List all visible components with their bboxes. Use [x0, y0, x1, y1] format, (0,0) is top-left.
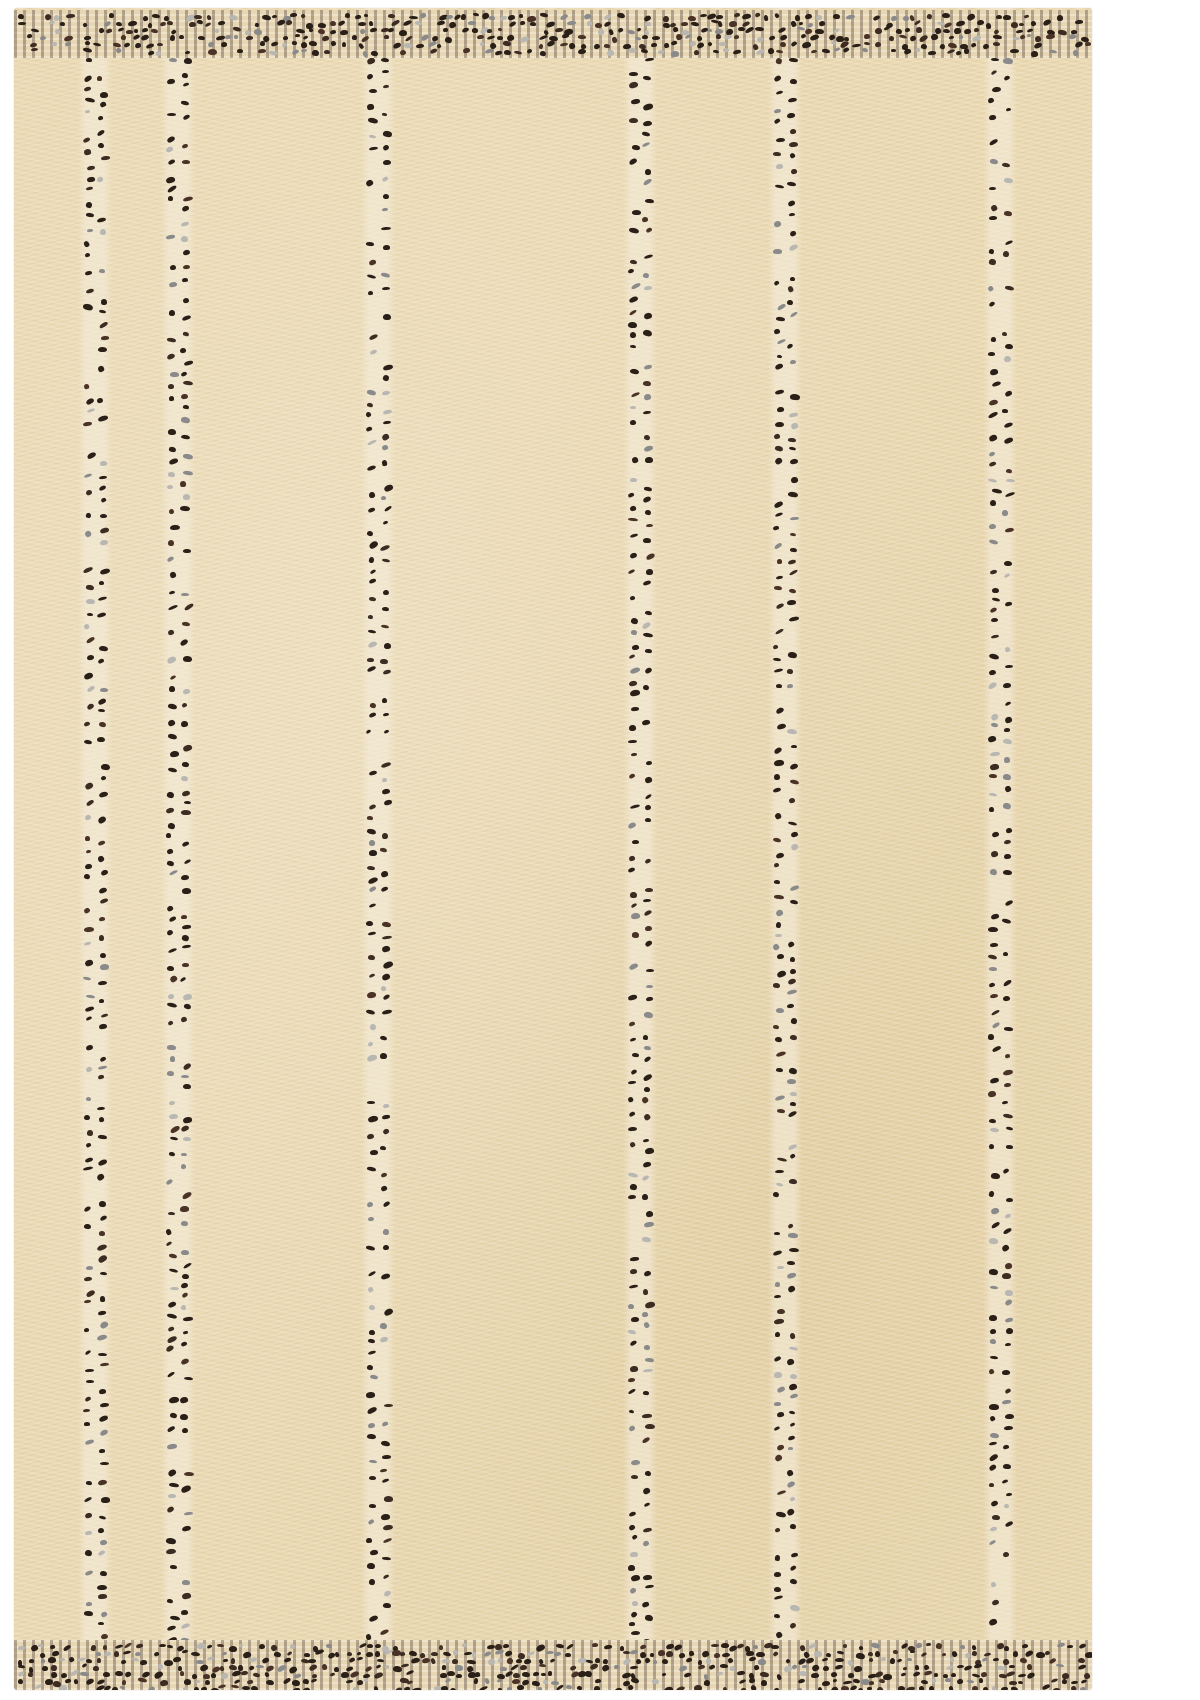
yarn-speck: [643, 1368, 653, 1372]
yarn-speck: [628, 1096, 635, 1102]
yarn-speck: [789, 1622, 797, 1630]
yarn-speck: [83, 74, 93, 83]
yarn-speck: [452, 1659, 459, 1664]
yarn-speck: [1002, 1168, 1009, 1175]
yarn-speck: [578, 48, 586, 54]
yarn-speck: [476, 35, 484, 40]
yarn-speck: [181, 915, 188, 919]
yarn-speck: [183, 331, 190, 336]
yarn-speck: [790, 899, 799, 905]
yarn-speck: [1004, 1504, 1010, 1509]
yarn-speck: [1057, 15, 1063, 21]
yarn-speck: [950, 1657, 956, 1663]
yarn-speck: [81, 1663, 87, 1668]
yarn-speck: [367, 1115, 378, 1123]
yarn-speck: [315, 1649, 325, 1656]
yarn-speck: [791, 1664, 797, 1670]
yarn-speck: [475, 1672, 481, 1677]
yarn-speck: [630, 332, 636, 338]
yarn-speck: [631, 282, 642, 291]
yarn-speck: [777, 1309, 785, 1314]
yarn-speck: [122, 1680, 127, 1685]
yarn-speck: [631, 913, 641, 920]
yarn-speck: [913, 19, 921, 26]
yarn-speck: [181, 1016, 188, 1023]
yarn-speck: [926, 1643, 931, 1647]
yarn-speck: [101, 299, 107, 305]
yarn-speck: [500, 1667, 507, 1671]
yarn-speck: [367, 1365, 374, 1371]
yarn-speck: [371, 50, 379, 56]
yarn-speck: [142, 15, 148, 21]
yarn-speck: [1002, 1479, 1008, 1484]
yarn-speck: [269, 50, 278, 56]
yarn-speck: [775, 934, 783, 937]
yarn-speck: [181, 1609, 188, 1614]
yarn-speck: [773, 328, 780, 334]
yarn-speck: [383, 590, 389, 596]
yarn-speck: [622, 1657, 632, 1666]
yarn-speck: [169, 509, 174, 515]
yarn-speck: [990, 368, 1000, 376]
yarn-speck: [368, 1270, 377, 1277]
yarn-speck: [382, 159, 390, 165]
yarn-speck: [318, 23, 327, 28]
yarn-speck: [84, 1422, 91, 1426]
yarn-speck: [169, 1564, 176, 1569]
yarn-speck: [86, 599, 95, 605]
yarn-speck: [366, 389, 376, 396]
yarn-speck: [166, 1598, 172, 1603]
yarn-speck: [513, 1672, 521, 1678]
yarn-speck: [28, 1672, 34, 1678]
yarn-speck: [1005, 1290, 1013, 1296]
yarn-speck: [629, 368, 639, 375]
yarn-speck: [776, 1673, 782, 1680]
yarn-speck: [1009, 1681, 1017, 1685]
yarn-speck: [109, 13, 115, 18]
yarn-speck: [990, 1329, 997, 1335]
yarn-speck: [384, 1665, 389, 1670]
yarn-speck: [774, 1401, 782, 1405]
yarn-speck: [703, 1679, 710, 1686]
yarn-speck: [64, 41, 71, 47]
yarn-speck: [468, 21, 476, 25]
yarn-speck: [1002, 1370, 1010, 1375]
yarn-speck: [991, 1022, 1000, 1030]
yarn-speck: [631, 456, 638, 463]
yarn-speck: [773, 1687, 779, 1690]
yarn-speck: [383, 1245, 390, 1251]
yarn-speck: [644, 1087, 650, 1092]
yarn-speck: [642, 495, 651, 503]
yarn-speck: [786, 343, 794, 350]
yarn-speck: [697, 36, 703, 42]
yarn-speck: [790, 1552, 798, 1557]
yarn-speck: [642, 35, 649, 40]
yarn-speck: [184, 1377, 193, 1381]
yarn-speck: [830, 1672, 837, 1678]
yarn-speck: [629, 1409, 635, 1413]
yarn-speck: [988, 451, 995, 457]
yarn-speck: [699, 14, 706, 18]
yarn-speck: [382, 1525, 392, 1532]
yarn-speck: [83, 941, 91, 946]
yarn-speck: [663, 15, 670, 22]
yarn-speck: [876, 1686, 884, 1690]
yarn-speck: [951, 1673, 956, 1678]
yarn-speck: [301, 48, 307, 52]
yarn-speck: [546, 40, 556, 48]
yarn-speck: [166, 929, 174, 937]
yarn-speck: [787, 600, 796, 606]
yarn-speck: [642, 131, 651, 137]
yarn-speck: [944, 21, 953, 28]
yarn-speck: [652, 36, 660, 40]
yarn-speck: [988, 478, 997, 483]
yarn-speck: [180, 235, 187, 242]
yarn-speck: [861, 47, 868, 53]
yarn-speck: [168, 733, 178, 740]
yarn-speck: [883, 27, 889, 32]
yarn-speck: [156, 50, 162, 56]
yarn-speck: [753, 1664, 759, 1670]
yarn-speck: [602, 1658, 607, 1664]
yarn-speck: [628, 1425, 635, 1432]
yarn-speck: [852, 1678, 859, 1683]
yarn-speck: [98, 916, 105, 921]
yarn-speck: [367, 274, 376, 279]
yarn-speck: [182, 1428, 188, 1434]
yarn-speck: [220, 1672, 228, 1679]
yarn-speck: [337, 20, 345, 27]
yarn-speck: [87, 176, 95, 182]
yarn-speck: [183, 380, 193, 386]
yarn-speck: [774, 389, 784, 395]
yarn-speck: [1005, 343, 1013, 349]
yarn-speck: [787, 1143, 797, 1150]
yarn-speck: [83, 240, 91, 248]
yarn-speck: [380, 1035, 387, 1041]
yarn-speck: [1004, 757, 1010, 763]
yarn-speck: [1002, 510, 1009, 517]
yarn-speck: [366, 1633, 372, 1640]
yarn-speck: [724, 34, 733, 40]
yarn-speck: [1003, 1464, 1011, 1469]
yarn-speck: [166, 1371, 174, 1378]
yarn-speck: [49, 20, 55, 24]
yarn-speck: [31, 28, 40, 33]
yarn-speck: [875, 28, 882, 34]
yarn-speck: [720, 1664, 728, 1668]
yarn-speck: [774, 1555, 780, 1561]
yarn-speck: [420, 12, 427, 19]
yarn-speck: [261, 1657, 269, 1664]
yarn-speck: [944, 1678, 950, 1682]
yarn-speck: [931, 34, 939, 41]
yarn-speck: [775, 628, 784, 635]
yarn-speck: [560, 42, 568, 47]
yarn-speck: [991, 618, 998, 623]
yarn-speck: [98, 309, 105, 314]
yarn-speck: [943, 29, 950, 34]
yarn-speck: [170, 525, 180, 531]
yarn-speck: [643, 580, 651, 586]
yarn-speck: [166, 235, 175, 240]
yarn-speck: [832, 1678, 837, 1683]
yarn-speck: [775, 603, 784, 610]
yarn-speck: [367, 1644, 373, 1648]
yarn-speck: [778, 27, 787, 34]
yarn-speck: [404, 1686, 411, 1690]
yarn-speck: [165, 1345, 175, 1354]
yarn-speck: [97, 1065, 107, 1070]
yarn-speck: [324, 50, 330, 54]
yarn-speck: [553, 1652, 561, 1657]
yarn-speck: [992, 86, 1001, 92]
yarn-speck: [197, 19, 204, 24]
yarn-speck: [595, 22, 603, 27]
yarn-speck: [503, 1643, 510, 1648]
yarn-speck: [1084, 42, 1090, 47]
yarn-speck: [234, 34, 239, 38]
yarn-speck: [1080, 1686, 1087, 1690]
yarn-speck: [642, 1436, 651, 1444]
yarn-speck: [383, 374, 390, 381]
yarn-speck: [367, 104, 374, 110]
yarn-speck: [182, 1262, 192, 1270]
yarn-speck: [184, 859, 192, 865]
yarn-speck: [777, 303, 787, 311]
yarn-speck: [630, 892, 637, 898]
yarn-speck: [84, 1570, 93, 1576]
yarn-speck: [1005, 602, 1012, 607]
yarn-speck: [167, 1326, 174, 1332]
yarn-speck: [799, 1644, 806, 1651]
yarn-speck: [628, 268, 635, 274]
yarn-speck: [166, 1624, 176, 1631]
yarn-speck: [166, 337, 176, 342]
yarn-speck: [727, 1657, 734, 1664]
yarn-speck: [366, 1009, 375, 1015]
yarn-speck: [99, 580, 105, 584]
yarn-speck: [86, 1016, 93, 1022]
yarn-speck: [147, 1685, 155, 1690]
yarn-speck: [167, 113, 176, 116]
yarn-speck: [503, 49, 511, 55]
yarn-speck: [115, 47, 122, 54]
yarn-speck: [645, 1424, 655, 1429]
yarn-speck: [789, 141, 798, 147]
yarn-speck: [632, 840, 639, 844]
yarn-speck: [217, 1643, 224, 1647]
yarn-speck: [1004, 1645, 1009, 1650]
yarn-speck: [644, 286, 652, 291]
yarn-speck: [631, 145, 639, 151]
yarn-speck: [383, 364, 393, 371]
yarn-speck: [989, 158, 997, 164]
yarn-speck: [773, 1250, 783, 1257]
yarn-speck: [989, 1339, 996, 1345]
yarn-speck: [173, 1657, 181, 1663]
yarn-speck: [377, 1659, 384, 1663]
yarn-speck: [645, 761, 652, 766]
yarn-speck: [87, 408, 95, 413]
yarn-speck: [629, 72, 639, 76]
yarn-speck: [167, 656, 177, 665]
yarn-speck: [1071, 1680, 1078, 1684]
yarn-speck: [989, 793, 997, 797]
yarn-speck: [643, 1012, 653, 1019]
yarn-speck: [821, 1680, 830, 1686]
yarn-speck: [629, 1284, 638, 1289]
yarn-speck: [183, 656, 193, 662]
yarn-speck: [368, 20, 373, 26]
yarn-speck: [1001, 1243, 1010, 1252]
yarn-speck: [773, 1025, 780, 1030]
yarn-speck: [79, 1671, 88, 1676]
yarn-speck: [86, 58, 92, 62]
yarn-speck: [642, 1194, 649, 1200]
yarn-speck: [86, 186, 93, 191]
yarn-speck: [326, 1644, 333, 1649]
yarn-speck: [1005, 899, 1014, 906]
yarn-speck: [589, 1663, 598, 1671]
yarn-speck: [1006, 1145, 1014, 1149]
yarn-speck: [83, 1611, 93, 1617]
yarn-speck: [594, 1679, 601, 1684]
yarn-speck: [182, 935, 190, 942]
yarn-speck: [381, 1514, 391, 1521]
yarn-speck: [628, 157, 637, 165]
yarn-speck: [721, 1643, 729, 1648]
yarn-speck: [645, 926, 652, 932]
yarn-speck: [874, 41, 882, 48]
yarn-speck: [991, 635, 1000, 640]
yarn-speck: [99, 1295, 105, 1301]
yarn-speck: [369, 134, 376, 138]
yarn-speck: [705, 1658, 711, 1665]
yarn-speck: [927, 14, 933, 20]
yarn-speck: [381, 58, 389, 63]
yarn-speck: [380, 1185, 387, 1191]
yarn-speck: [184, 800, 191, 804]
yarn-speck: [85, 1156, 94, 1162]
yarn-speck: [366, 1201, 374, 1208]
yarn-speck: [773, 501, 784, 510]
yarn-speck: [65, 1678, 71, 1683]
yarn-speck: [530, 22, 536, 26]
yarn-speck: [368, 771, 377, 777]
yarn-speck: [342, 42, 346, 47]
yarn-speck: [82, 303, 93, 311]
yarn-speck: [183, 264, 191, 269]
yarn-speck: [87, 1130, 94, 1136]
yarn-speck: [446, 14, 454, 20]
yarn-speck: [183, 1003, 191, 1009]
yarn-speck: [774, 1094, 784, 1101]
yarn-speck: [383, 1307, 394, 1316]
yarn-speck: [818, 21, 825, 27]
yarn-speck: [180, 977, 186, 983]
yarn-speck: [182, 470, 192, 475]
yarn-speck: [97, 1585, 107, 1591]
yarn-speck: [988, 954, 998, 960]
yarn-speck: [255, 22, 260, 27]
yarn-speck: [1084, 1652, 1092, 1658]
yarn-speck: [181, 622, 190, 627]
yarn-speck: [639, 1651, 647, 1658]
yarn-speck: [383, 960, 394, 969]
yarn-speck: [169, 1253, 178, 1259]
yarn-speck: [909, 35, 916, 42]
yarn-speck: [535, 1644, 546, 1653]
yarn-speck: [166, 176, 176, 184]
yarn-speck: [864, 42, 870, 46]
yarn-speck: [630, 1460, 640, 1466]
yarn-speck: [773, 542, 782, 549]
yarn-speck: [368, 932, 376, 937]
yarn-speck: [777, 1109, 786, 1114]
yarn-speck: [384, 35, 389, 39]
yarn-speck: [918, 1686, 924, 1690]
yarn-speck: [85, 1602, 92, 1607]
yarn-speck: [84, 781, 94, 790]
yarn-speck: [940, 43, 946, 49]
yarn-speck: [758, 1659, 766, 1665]
yarn-speck: [755, 12, 761, 17]
yarn-speck: [896, 28, 903, 34]
yarn-speck: [181, 393, 188, 399]
yarn-speck: [182, 963, 189, 967]
yarn-speck: [1006, 1126, 1014, 1131]
yarn-speck: [170, 675, 176, 681]
yarn-speck: [1003, 58, 1013, 64]
yarn-speck: [1018, 1681, 1024, 1685]
yarn-speck: [642, 1175, 650, 1182]
yarn-speck: [522, 1679, 530, 1686]
yarn-speck: [366, 729, 372, 735]
yarn-speck: [773, 1192, 780, 1198]
yarn-speck: [643, 393, 652, 400]
yarn-speck: [988, 352, 995, 356]
yarn-speck: [645, 793, 653, 800]
yarn-speck: [508, 14, 516, 21]
yarn-speck: [201, 1686, 207, 1690]
yarn-speck: [456, 1674, 462, 1678]
yarn-speck: [382, 287, 390, 291]
yarn-speck: [121, 35, 127, 40]
yarn-speck: [115, 21, 121, 27]
yarn-speck: [84, 926, 94, 932]
yarn-speck: [124, 1642, 132, 1649]
yarn-speck: [383, 643, 390, 649]
yarn-speck: [194, 15, 202, 19]
yarn-speck: [609, 28, 615, 35]
yarn-speck: [990, 763, 999, 770]
yarn-speck: [787, 989, 798, 995]
yarn-speck: [643, 1502, 650, 1508]
yarn-speck: [403, 42, 412, 48]
yarn-speck: [645, 198, 654, 203]
yarn-speck: [124, 1671, 131, 1678]
yarn-speck: [168, 1494, 176, 1498]
yarn-speck: [988, 669, 996, 676]
yarn-speck: [788, 1346, 797, 1351]
yarn-speck: [898, 1686, 905, 1690]
yarn-speck: [868, 1657, 873, 1662]
yarn-speck: [430, 48, 438, 54]
